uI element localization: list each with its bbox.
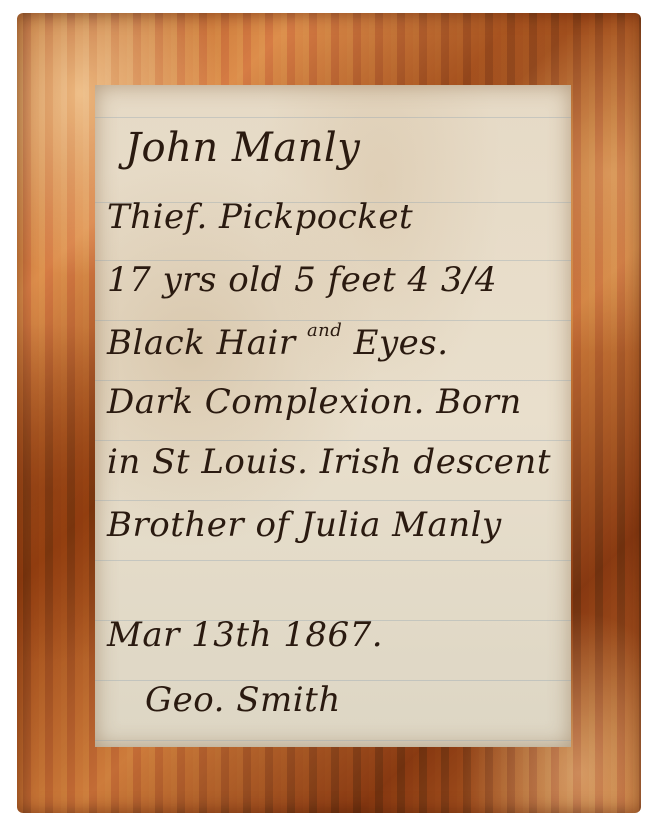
note-date: Mar 13th 1867.	[107, 615, 383, 655]
note-name: John Manly	[125, 125, 360, 171]
note-age-height: 17 yrs old 5 feet 4 3/4	[107, 260, 497, 300]
note-eyes: Eyes.	[354, 323, 449, 363]
note-hair-eyes: Black Hair and Eyes.	[107, 320, 449, 363]
note-crime: Thief. Pickpocket	[107, 197, 413, 237]
handwritten-note: John Manly Thief. Pickpocket 17 yrs old …	[95, 85, 571, 747]
ruled-line	[95, 740, 571, 741]
note-hair: Black Hair	[107, 323, 296, 363]
ruled-line	[95, 560, 571, 561]
note-complexion: Dark Complexion. Born	[107, 382, 522, 422]
note-relation: Brother of Julia Manly	[107, 505, 502, 545]
ruled-line	[95, 440, 571, 441]
note-and: and	[307, 320, 342, 341]
ruled-line	[95, 117, 571, 118]
ruled-line	[95, 380, 571, 381]
note-signature: Geo. Smith	[145, 680, 341, 720]
ruled-line	[95, 500, 571, 501]
note-birthplace: in St Louis. Irish descent	[107, 442, 551, 482]
